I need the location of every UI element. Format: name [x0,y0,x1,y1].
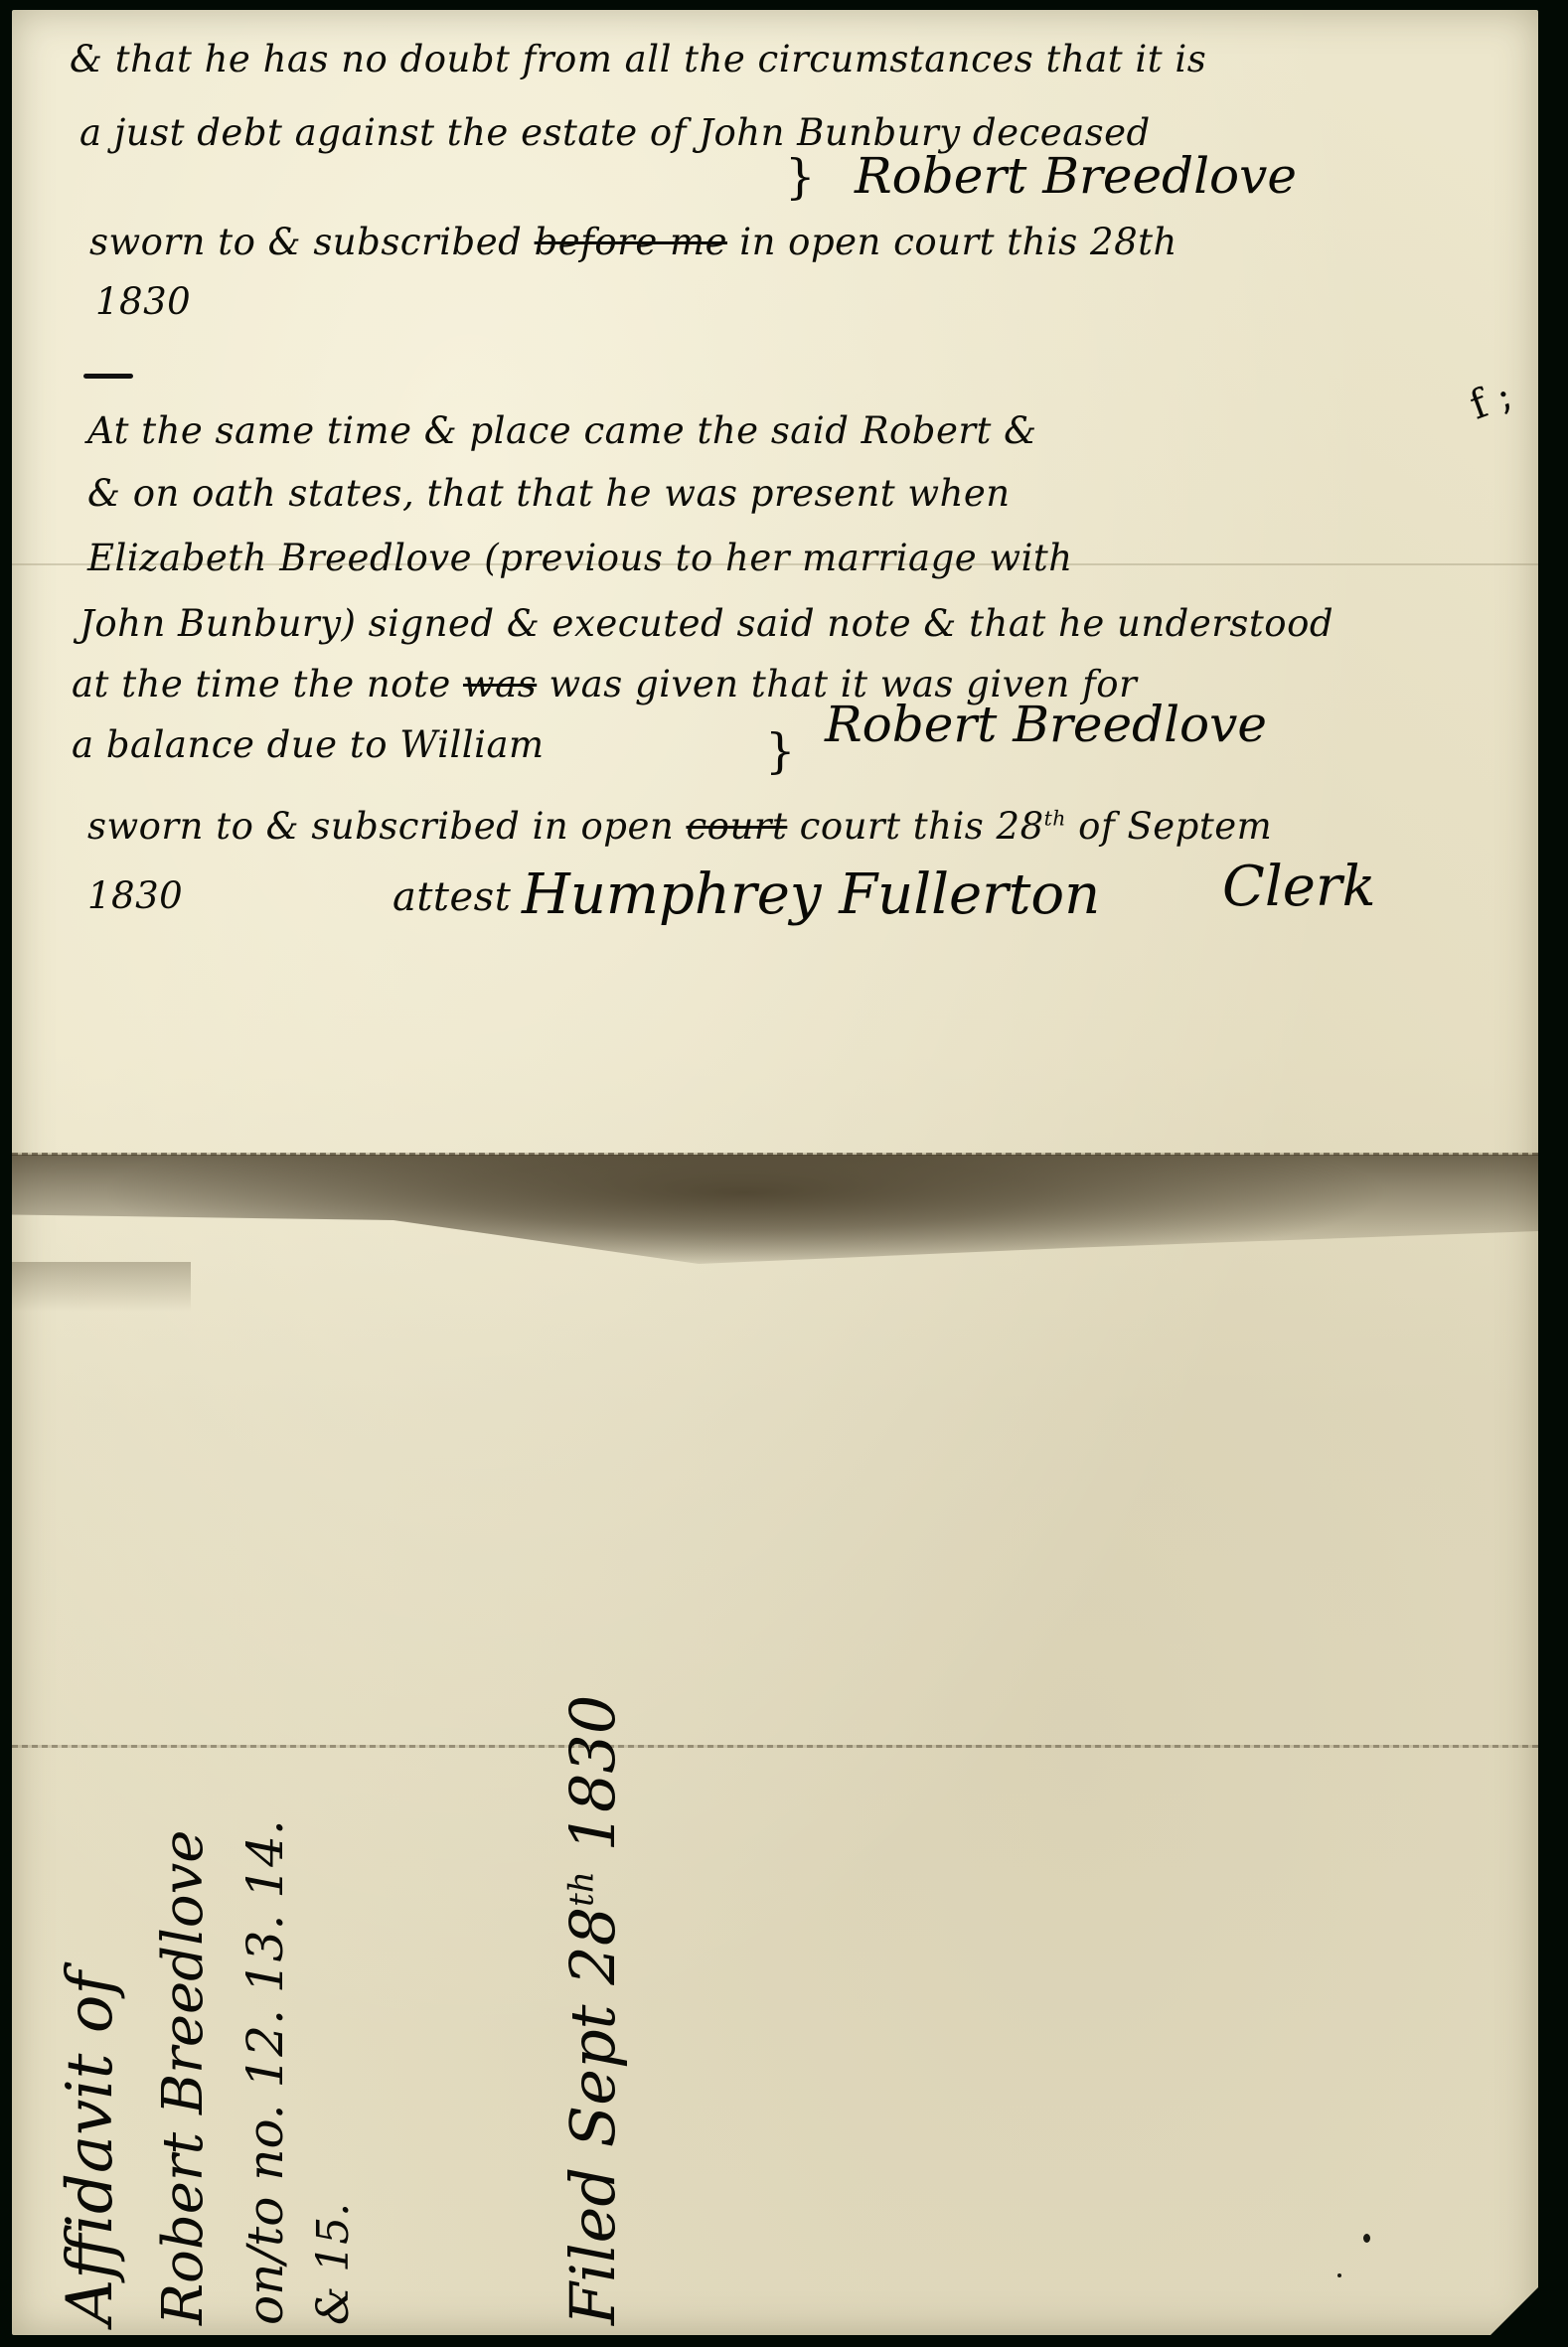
filed-label: Filed [556,2167,629,2325]
filed-endorsement: Filed Sept 28th 1830 [556,1695,629,2325]
jurat-2-ordinal: th [1044,807,1066,831]
affidavit-2-line-2: & on oath states, that that he was prese… [87,472,1011,515]
jurat-1-year: 1830 [95,280,191,323]
line-5-part-a: at the time the note [72,663,451,705]
scan-frame: & that he has no doubt from all the circ… [0,0,1568,2347]
filed-ordinal: th [561,1871,601,1907]
filed-date: Sept 28 [556,1907,629,2147]
jurat-1-suffix: in open court this 28th [739,221,1177,263]
clerk-signature: Humphrey Fullerton [522,862,1100,927]
attest-label: attest [392,874,511,920]
docket-line-3: on/to no. 12. 13. 14. [236,1819,294,2325]
signature-brace-2: } [765,723,796,779]
jurat-1: sworn to & subscribed before me in open … [89,221,1177,263]
jurat-1-struck-text: before me [535,221,727,263]
signature-brace: } [785,149,816,205]
water-stain-tail [12,1262,191,1312]
jurat-2: sworn to & subscribed in open court cour… [87,805,1272,848]
signature-robert-breedlove-1: Robert Breedlove [855,147,1297,205]
ink-speck [1337,2273,1341,2277]
jurat-2-part-b: court this 28 [800,805,1044,848]
clerk-title: Clerk [1222,855,1376,919]
ink-speck [1363,2234,1370,2243]
docket-line-2: Robert Breedlove [151,1830,216,2325]
section-dash-mark [83,374,133,379]
affidavit-1-line-1: & that he has no doubt from all the circ… [70,38,1481,80]
affidavit-2-line-4: John Bunbury) signed & executed said not… [79,602,1333,645]
jurat-1-prefix: sworn to & subscribed [89,221,522,263]
affidavit-2-line-3: Elizabeth Breedlove (previous to her mar… [87,537,1073,579]
filed-year: 1830 [556,1695,629,1852]
docket-line-1: Affidavit of [54,1971,127,2325]
line-5-struck-text: was [463,663,537,705]
jurat-2-struck-text: court [686,805,787,848]
affidavit-2-line-6: a balance due to William [72,723,545,766]
jurat-2-part-c: of Septem [1078,805,1272,848]
jurat-2-part-a: sworn to & subscribed in open [87,805,674,848]
docket-line-4: & 15. [308,2203,359,2325]
signature-robert-breedlove-2: Robert Breedlove [825,696,1267,753]
affidavit-2-line-1: At the same time & place came the said R… [87,409,1037,452]
jurat-2-year: 1830 [87,874,183,917]
lower-fold-crease [12,1745,1538,1748]
